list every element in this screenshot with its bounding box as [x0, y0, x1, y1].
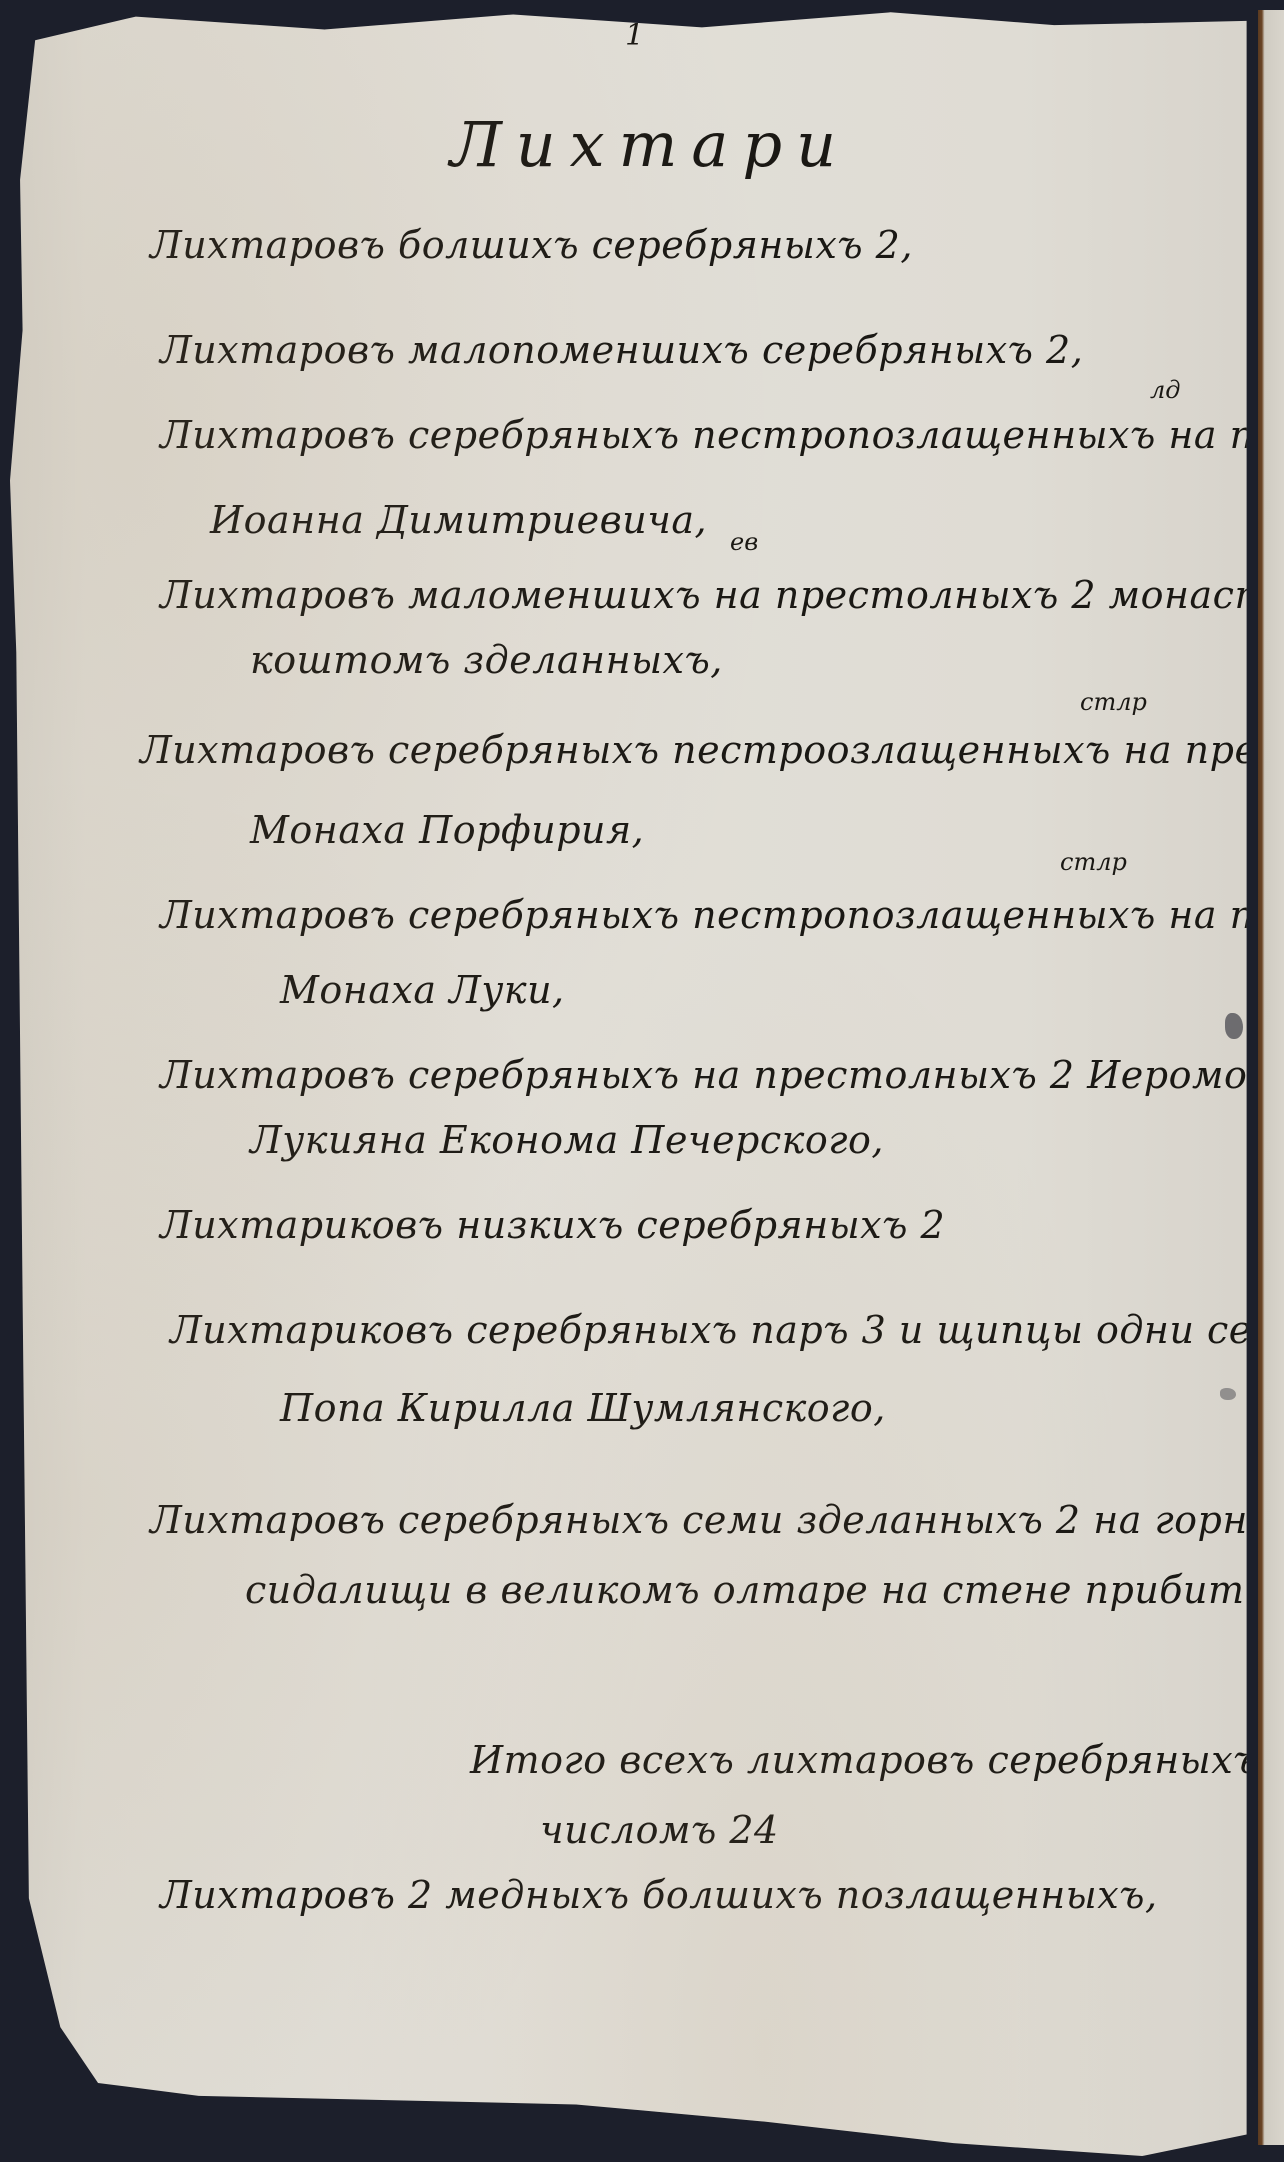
folio-number: 1 [625, 18, 645, 53]
entry-8-line-1: Лихтариковъ низкихъ серебряныхъ 2 [160, 1203, 945, 1247]
superscript-abbreviation: стлр [1080, 688, 1147, 716]
entry-3-line-1: Лихтаровъ серебряныхъ пестрoпозлащенныхъ… [160, 413, 1284, 457]
next-page-edge [1258, 10, 1284, 2145]
page-heading: Лихтари [450, 108, 850, 181]
entry-3-line-2: Иоанна Димитриевича, [210, 498, 707, 542]
entry-6-line-1: Лихтаровъ серебряныхъ пестропозлащенныхъ… [160, 893, 1284, 937]
entry-2-line-1: Лихтаровъ малопоменшихъ серебряныхъ 2, [160, 328, 1083, 372]
ink-stain [1225, 1013, 1243, 1039]
final-entry: Лихтаровъ 2 медныхъ болшихъ позлащенныхъ… [160, 1873, 1158, 1917]
entry-5-line-2: Монаха Порфирия, [250, 808, 644, 852]
entry-9-line-2: Попа Кирилла Шумлянского, [280, 1386, 886, 1430]
entry-4-line-2: коштомъ зделанныхъ, [250, 638, 723, 682]
entry-4-line-1: Лихтаровъ маломеншихъ на престолныхъ 2 м… [160, 573, 1284, 617]
entry-7-line-2: Лукияна Економа Печерского, [250, 1118, 884, 1162]
superscript-abbreviation: лд [1150, 376, 1181, 404]
entry-6-line-2: Монаха Луки, [280, 968, 565, 1012]
total-line-1: Итого всехъ лихтаровъ серебряныхъ [470, 1738, 1259, 1782]
entry-10-line-2: сидалищи в великомъ олтаре на стене приб… [245, 1568, 1284, 1612]
manuscript-page: 1 Лихтари Лихтаровъ болшихъ серебряныхъ … [10, 8, 1268, 2156]
superscript-abbreviation: стлр [1060, 848, 1127, 876]
entry-7-line-1: Лихтаровъ серебряныхъ на престолныхъ 2 И… [160, 1053, 1284, 1097]
entry-1-line-1: Лихтаровъ болшихъ серебряныхъ 2, [150, 223, 913, 267]
entry-10-line-1: Лихтаровъ серебряныхъ семи зделанныхъ 2 … [150, 1498, 1284, 1542]
ink-stain [1220, 1388, 1236, 1400]
entry-9-line-1: Лихтариковъ серебряныхъ паръ 3 и щипцы о… [170, 1308, 1284, 1352]
entry-5-line-1: Лихтаровъ серебряныхъ пестроозлащенныхъ … [140, 728, 1284, 772]
total-line-2: числомъ 24 [540, 1808, 779, 1852]
superscript-abbreviation: ев [730, 528, 758, 556]
manuscript-scan: 1 Лихтари Лихтаровъ болшихъ серебряныхъ … [0, 0, 1284, 2162]
